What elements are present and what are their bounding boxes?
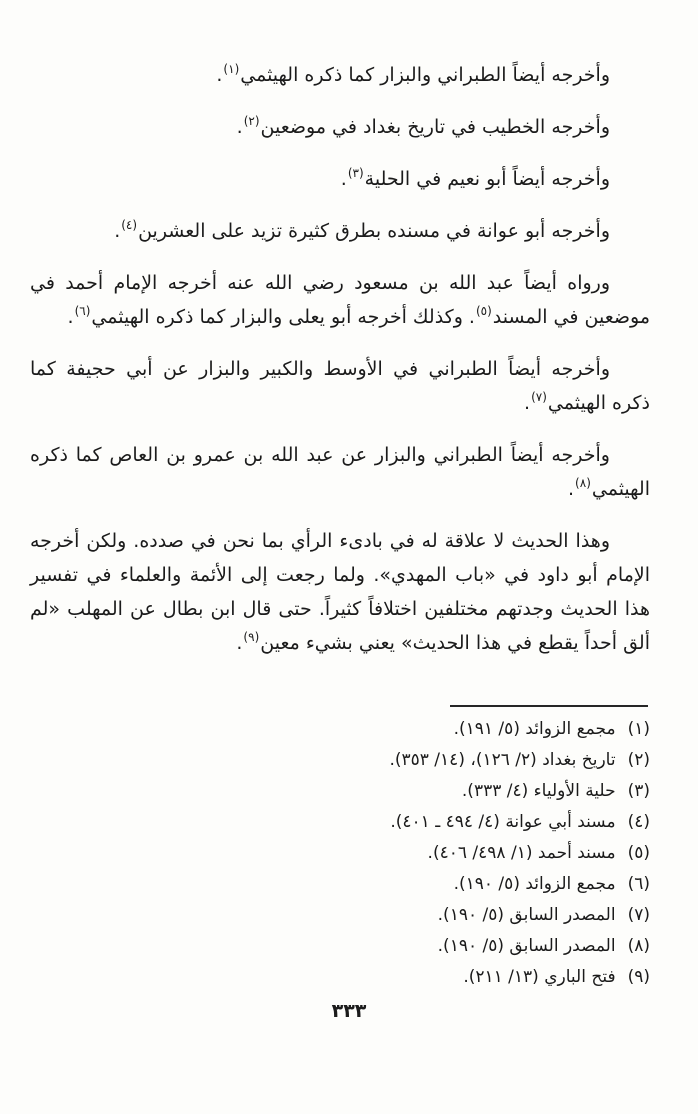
paragraph-text: وأخرجه أبو عوانة في مسنده بطرق كثيرة تزي… — [138, 220, 610, 242]
book-page: وأخرجه أيضاً الطبراني والبزار كما ذكره ا… — [0, 0, 698, 1114]
page-number: ٣٣٣ — [0, 1000, 698, 1022]
footnote-marker: (١) — [628, 714, 650, 745]
footnote-item: (٥)مسند أحمد (١/ ٤٩٨/ ٤٠٦). — [40, 838, 650, 869]
paragraph: وأخرجه أيضاً أبو نعيم في الحلية(٣). — [30, 162, 650, 198]
footnote-marker: (٢) — [628, 745, 650, 776]
paragraph-text: . وكذلك أخرجه أبو يعلى والبزار كما ذكره … — [91, 306, 475, 328]
paragraph-text: . — [524, 392, 530, 414]
footnote-item: (٦)مجمع الزوائد (٥/ ١٩٠). — [40, 869, 650, 900]
footnote-ref-2: (٢) — [244, 114, 260, 128]
footnote-item: (٣)حلية الأولياء (٤/ ٣٣٣). — [40, 776, 650, 807]
footnote-ref-3: (٣) — [348, 166, 364, 180]
footnote-text: مسند أبي عوانة (٤/ ٤٩٤ ـ ٤٠١). — [390, 812, 615, 832]
footnote-marker: (٩) — [628, 962, 650, 993]
footnote-text: فتح الباري (١٣/ ٢١١). — [463, 967, 615, 987]
footnote-text: مجمع الزوائد (٥/ ١٩٠). — [454, 874, 616, 894]
paragraph-text: . — [237, 116, 243, 138]
footnote-text: حلية الأولياء (٤/ ٣٣٣). — [462, 781, 616, 801]
footnote-item: (٨)المصدر السابق (٥/ ١٩٠). — [40, 931, 650, 962]
footnote-text: المصدر السابق (٥/ ١٩٠). — [438, 905, 616, 925]
paragraph: ورواه أيضاً عبد الله بن مسعود رضي الله ع… — [30, 266, 650, 336]
paragraph-text: وأخرجه الخطيب في تاريخ بغداد في موضعين — [261, 116, 610, 138]
footnote-text: مسند أحمد (١/ ٤٩٨/ ٤٠٦). — [428, 843, 616, 863]
paragraph-text: وهذا الحديث لا علاقة له في بادىء الرأي ب… — [30, 530, 650, 654]
footnote-separator — [450, 705, 648, 707]
paragraph-text: . — [216, 64, 222, 86]
paragraph-text: وأخرجه أيضاً أبو نعيم في الحلية — [365, 168, 610, 190]
footnote-text: مجمع الزوائد (٥/ ١٩١). — [454, 719, 616, 739]
footnote-ref-4: (٤) — [121, 218, 137, 232]
footnote-ref-5: (٥) — [476, 304, 492, 318]
footnote-text: المصدر السابق (٥/ ١٩٠). — [438, 936, 616, 956]
footnote-marker: (٥) — [628, 838, 650, 869]
paragraph-text: وأخرجه أيضاً الطبراني والبزار كما ذكره ا… — [240, 64, 610, 86]
paragraph-text: . — [341, 168, 347, 190]
paragraph: وأخرجه الخطيب في تاريخ بغداد في موضعين(٢… — [30, 110, 650, 146]
footnote-ref-9: (٩) — [243, 630, 259, 644]
footnote-ref-8: (٨) — [575, 476, 591, 490]
body-text: وأخرجه أيضاً الطبراني والبزار كما ذكره ا… — [30, 58, 650, 678]
footnote-ref-6: (٦) — [75, 304, 91, 318]
footnote-item: (٢)تاريخ بغداد (٢/ ١٢٦)، (١٤/ ٣٥٣). — [40, 745, 650, 776]
footnote-marker: (٤) — [628, 807, 650, 838]
paragraph-text: وأخرجه أيضاً الطبراني في الأوسط والكبير … — [30, 358, 650, 414]
paragraph: وأخرجه أيضاً الطبراني في الأوسط والكبير … — [30, 352, 650, 422]
paragraph: وأخرجه أبو عوانة في مسنده بطرق كثيرة تزي… — [30, 214, 650, 250]
footnote-text: تاريخ بغداد (٢/ ١٢٦)، (١٤/ ٣٥٣). — [389, 750, 615, 770]
paragraph-text: . — [236, 632, 242, 654]
footnote-marker: (٨) — [628, 931, 650, 962]
footnote-item: (٤)مسند أبي عوانة (٤/ ٤٩٤ ـ ٤٠١). — [40, 807, 650, 838]
paragraph: وأخرجه أيضاً الطبراني والبزار عن عبد الل… — [30, 438, 650, 508]
footnote-item: (٧)المصدر السابق (٥/ ١٩٠). — [40, 900, 650, 931]
paragraph: وهذا الحديث لا علاقة له في بادىء الرأي ب… — [30, 524, 650, 662]
paragraph-text: وأخرجه أيضاً الطبراني والبزار عن عبد الل… — [30, 444, 650, 500]
paragraph: وأخرجه أيضاً الطبراني والبزار كما ذكره ا… — [30, 58, 650, 94]
footnote-ref-1: (١) — [223, 62, 239, 76]
footnote-item: (١)مجمع الزوائد (٥/ ١٩١). — [40, 714, 650, 745]
paragraph-text: . — [114, 220, 120, 242]
footnote-ref-7: (٧) — [531, 390, 547, 404]
footnotes: (١)مجمع الزوائد (٥/ ١٩١). (٢)تاريخ بغداد… — [40, 714, 650, 993]
paragraph-text: . — [568, 478, 574, 500]
paragraph-text: . — [68, 306, 74, 328]
footnote-marker: (٣) — [628, 776, 650, 807]
footnote-item: (٩)فتح الباري (١٣/ ٢١١). — [40, 962, 650, 993]
footnote-marker: (٦) — [628, 869, 650, 900]
footnote-marker: (٧) — [628, 900, 650, 931]
